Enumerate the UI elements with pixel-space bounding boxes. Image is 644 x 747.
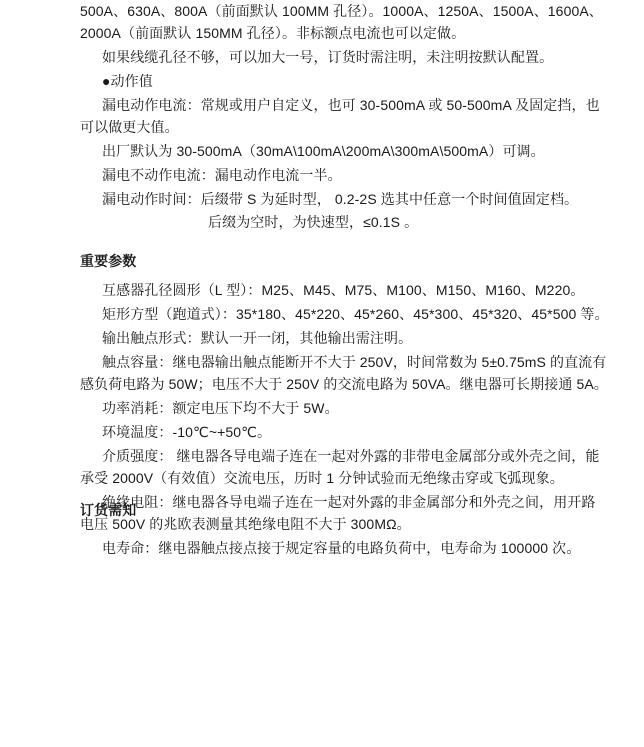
- params-line: 功率消耗：额定电压下均不大于 5W。: [102, 399, 339, 417]
- params-line: 矩形方型（跑道式）：35*180、45*220、45*260、45*300、45…: [102, 305, 609, 323]
- action-values-line: 后缀为空时，为快速型，≤0.1S 。: [208, 213, 418, 231]
- action-values-line: 可以做更大值。: [80, 118, 179, 136]
- intro-line: 500A、630A、800A（前面默认 100MM 孔径）。1000A、1250…: [80, 2, 603, 20]
- params-line: 互感器孔径圆形（L 型）：M25、M45、M75、M100、M150、M160、…: [102, 281, 584, 299]
- action-values-line: 漏电不动作电流：漏电动作电流一半。: [102, 166, 342, 184]
- params-line: 电寿命：继电器触点接点接于规定容量的电路负荷中，电寿命为 100000 次。: [102, 539, 580, 557]
- action-values-line: 出厂默认为 30-500mA（30mA\100mA\200mA\300mA\50…: [102, 142, 545, 160]
- params-line: 环境温度：-10℃~+50℃。: [102, 423, 271, 441]
- intro-line: 如果线缆孔径不够，可以加大一号，订货时需注明，未注明按默认配置。: [102, 48, 553, 66]
- action-values-heading: ●动作值: [102, 72, 153, 90]
- params-heading: 重要参数: [80, 252, 136, 270]
- ordering-heading: 订货需知: [80, 501, 136, 519]
- params-line: 介质强度： 继电器各导电端子连在一起对外露的非带电金属部分或外壳之间，能: [102, 447, 600, 465]
- intro-line: 2000A（前面默认 150MM 孔径）。非标额点电流也可以定做。: [80, 24, 465, 42]
- params-line: 承受 2000V（有效值）交流电压，历时 1 分钟试验而无绝缘击穿或飞弧现象。: [80, 469, 564, 487]
- action-values-line: 漏电动作时间：后缀带 S 为延时型， 0.2-2S 选其中任意一个时间值固定档。: [102, 190, 578, 208]
- params-line: 触点容量：继电器输出触点能断开不大于 250V，时间常数为 5±0.75mS 的…: [102, 353, 606, 371]
- params-line: 绝缘电阻：继电器各导电端子连在一起对外露的非金属部分和外壳之间，用开路: [102, 493, 596, 511]
- action-values-line: 漏电动作电流：常规或用户自定义，也可 30-500mA 或 50-500mA 及…: [102, 96, 600, 114]
- params-line: 感负荷电路为 50W；电压不大于 250V 的交流电路为 50VA。继电器可长期…: [80, 375, 608, 393]
- params-line: 输出触点形式：默认一开一闭，其他输出需注明。: [102, 329, 412, 347]
